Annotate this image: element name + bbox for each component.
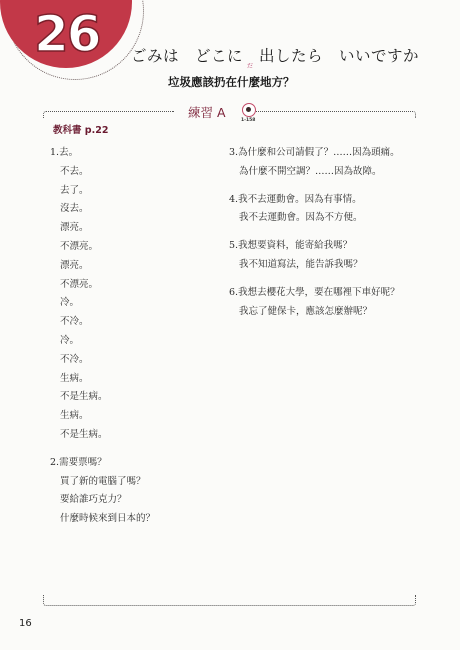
box-border-top-right — [250, 111, 416, 118]
exercise-line: 冷。 — [50, 294, 220, 313]
exercise-number: 3. — [229, 147, 238, 158]
exercise-line: 3.為什麼和公司請假了？……因為頭痛。 — [229, 144, 439, 163]
exercise-line: 冷。 — [50, 332, 220, 351]
exercise-line: 5.我想要資料，能寄給我嗎？ — [229, 237, 439, 256]
exercise-line: 我不知道寫法，能告訴我嗎？ — [229, 256, 439, 275]
exercise-line: 要給誰巧克力？ — [50, 491, 220, 510]
exercise-text: 我不去運動會。因為有事情。 — [238, 194, 362, 205]
exercise-text: 為什麼和公司請假了？……因為頭痛。 — [238, 147, 400, 158]
exercise-text: 冷。 — [60, 297, 79, 308]
exercise-line: 我不去運動會。因為不方便。 — [229, 209, 439, 228]
exercise-line: 我忘了健保卡，應該怎麼辦呢？ — [229, 303, 439, 322]
exercise-text: 我忘了健保卡，應該怎麼辦呢？ — [239, 306, 372, 317]
exercise-line: 不漂亮。 — [50, 276, 220, 295]
exercise-line: 不是生病。 — [50, 388, 220, 407]
exercise-text: 我不去運動會。因為不方便。 — [239, 212, 363, 223]
exercise-text: 生病。 — [60, 373, 89, 384]
exercise-line: 為什麼不開空調？……因為故障。 — [229, 163, 439, 182]
exercise-line: 漂亮。 — [50, 219, 220, 238]
page-number: 16 — [19, 618, 32, 629]
group-spacer — [229, 182, 439, 191]
exercise-text: 漂亮。 — [60, 260, 89, 271]
exercise-text: 不是生病。 — [60, 429, 108, 440]
exercise-text: 我想去櫻花大學，要在哪裡下車好呢？ — [238, 287, 400, 298]
exercise-text: 不漂亮。 — [60, 279, 98, 290]
exercise-line: 漂亮。 — [50, 257, 220, 276]
lesson-number: 26 — [34, 6, 114, 62]
exercise-line: 不是生病。 — [50, 426, 220, 445]
exercise-text: 買了新的電腦了嗎？ — [60, 476, 146, 487]
group-spacer — [50, 445, 220, 454]
exercise-group: 6.我想去櫻花大學，要在哪裡下車好呢？我忘了健保卡，應該怎麼辦呢？ — [229, 284, 439, 322]
exercise-text: 去。 — [59, 147, 78, 158]
exercise-text: 不漂亮。 — [60, 241, 98, 252]
exercise-text: 不是生病。 — [60, 391, 108, 402]
right-column: 3.為什麼和公司請假了？……因為頭痛。為什麼不開空調？……因為故障。4.我不去運… — [229, 144, 439, 321]
box-border-top-left — [43, 111, 174, 118]
exercise-group: 1.去。不去。去了。沒去。漂亮。不漂亮。漂亮。不漂亮。冷。不冷。冷。不冷。生病。… — [50, 144, 220, 445]
group-spacer — [229, 228, 439, 237]
lesson-subtitle-chinese: 垃圾應該扔在什麼地方？ — [168, 74, 295, 90]
exercise-text: 冷。 — [60, 335, 79, 346]
exercise-group: 2.需要票嗎？買了新的電腦了嗎？要給誰巧克力？什麼時候來到日本的？ — [50, 454, 220, 529]
exercise-line: 不去。 — [50, 163, 220, 182]
exercise-line: 不漂亮。 — [50, 238, 220, 257]
left-column: 1.去。不去。去了。沒去。漂亮。不漂亮。漂亮。不漂亮。冷。不冷。冷。不冷。生病。… — [50, 144, 220, 529]
exercise-number: 5. — [229, 240, 238, 251]
exercise-text: 什麼時候來到日本的？ — [60, 513, 155, 524]
box-border-bottom — [43, 595, 416, 606]
exercise-line: 2.需要票嗎？ — [50, 454, 220, 473]
exercise-number: 6. — [229, 287, 238, 298]
exercise-text: 沒去。 — [60, 203, 89, 214]
exercise-group: 5.我想要資料，能寄給我嗎？我不知道寫法，能告訴我嗎？ — [229, 237, 439, 275]
cd-icon[interactable] — [242, 103, 256, 117]
furigana: だ — [247, 61, 253, 70]
exercise-line: 生病。 — [50, 370, 220, 389]
exercise-text: 不冷。 — [60, 316, 89, 327]
exercise-line: 6.我想去櫻花大學，要在哪裡下車好呢？ — [229, 284, 439, 303]
exercise-line: 什麼時候來到日本的？ — [50, 510, 220, 529]
exercise-text: 不冷。 — [60, 354, 89, 365]
exercise-text: 生病。 — [60, 410, 89, 421]
exercise-number: 4. — [229, 194, 238, 205]
exercise-text: 要給誰巧克力？ — [60, 494, 127, 505]
exercise-text: 漂亮。 — [60, 222, 89, 233]
exercise-line: 不冷。 — [50, 351, 220, 370]
exercise-text: 去了。 — [60, 185, 89, 196]
lesson-title-japanese: ごみは どこに 出したら いいですか — [131, 44, 419, 66]
exercise-line: 生病。 — [50, 407, 220, 426]
textbook-reference: 教科書 p.22 — [53, 122, 108, 136]
exercise-text: 為什麼不開空調？……因為故障。 — [239, 166, 382, 177]
exercise-line: 沒去。 — [50, 200, 220, 219]
exercise-number: 2. — [50, 457, 59, 468]
exercise-line: 1.去。 — [50, 144, 220, 163]
audio-track-number: 1-158 — [241, 118, 255, 123]
exercise-line: 買了新的電腦了嗎？ — [50, 473, 220, 492]
exercise-line: 去了。 — [50, 182, 220, 201]
exercise-line: 不冷。 — [50, 313, 220, 332]
exercise-number: 1. — [50, 147, 59, 158]
group-spacer — [229, 275, 439, 284]
exercise-line: 4.我不去運動會。因為有事情。 — [229, 191, 439, 210]
exercise-text: 不去。 — [60, 166, 89, 177]
exercise-group: 3.為什麼和公司請假了？……因為頭痛。為什麼不開空調？……因為故障。 — [229, 144, 439, 182]
exercise-group: 4.我不去運動會。因為有事情。我不去運動會。因為不方便。 — [229, 191, 439, 229]
practice-label: 練習 A — [188, 103, 226, 121]
exercise-text: 我不知道寫法，能告訴我嗎？ — [239, 259, 363, 270]
exercise-text: 我想要資料，能寄給我嗎？ — [238, 240, 352, 251]
exercise-text: 需要票嗎？ — [59, 457, 107, 468]
